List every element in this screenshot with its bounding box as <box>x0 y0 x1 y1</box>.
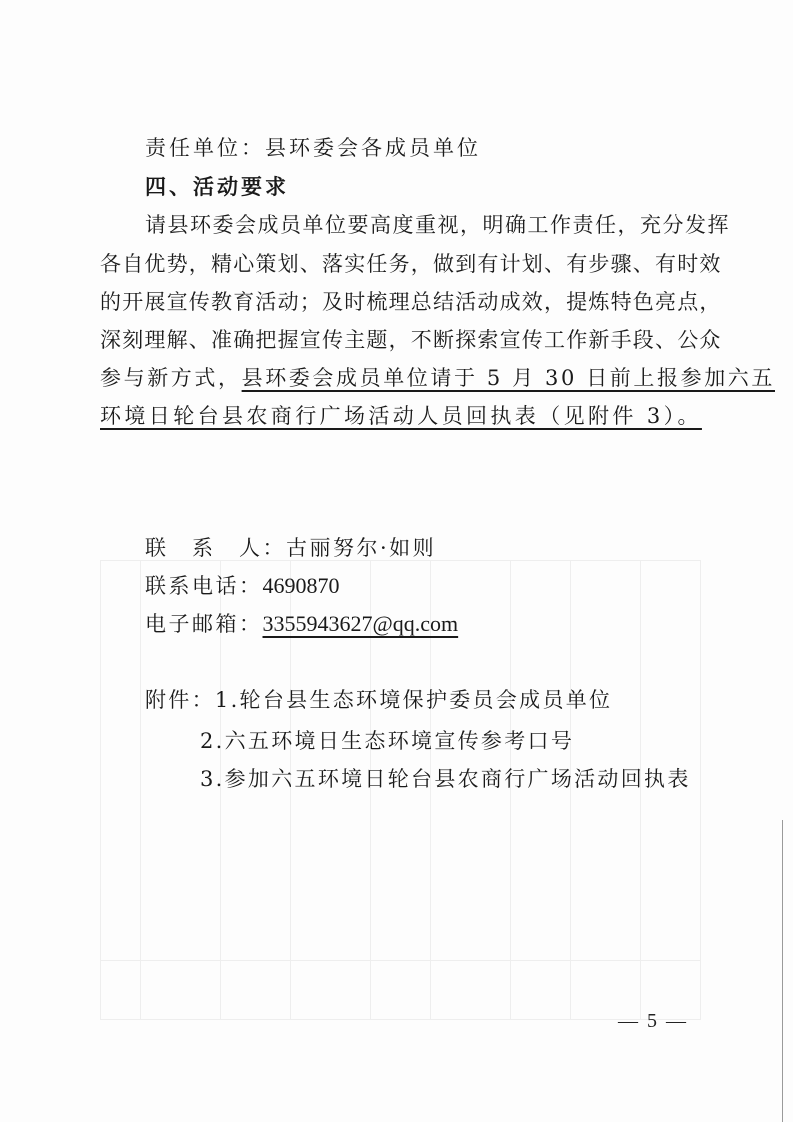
contact-email-label: 电子邮箱： <box>145 612 263 636</box>
deadline-notice-underlined-continued: 环境日轮台县农商行广场活动人员回执表（见附件 3）。 <box>100 404 702 428</box>
contact-person-value: 古丽努尔·如则 <box>286 536 436 560</box>
responsible-label: 责任单位： <box>145 136 265 160</box>
paragraph-line-4: 深刻理解、准确把握宣传主题，不断探索宣传工作新手段、公众 <box>100 328 690 352</box>
page-number: — 5 — <box>618 1010 688 1033</box>
responsible-value: 县环委会各成员单位 <box>265 136 481 160</box>
attachments-label: 附件： <box>145 688 215 712</box>
contact-person-label: 联 系 人： <box>145 536 286 560</box>
section-heading: 四、活动要求 <box>145 175 289 199</box>
attachment-item-3: 3.参加六五环境日轮台县农商行广场活动回执表 <box>200 767 691 791</box>
paragraph-line-5: 参与新方式，县环委会成员单位请于 5 月 30 日前上报参加六五 <box>100 366 775 390</box>
contact-phone-value: 4690870 <box>263 573 340 598</box>
paragraph-line-5-plain: 参与新方式， <box>100 366 242 390</box>
contact-phone-label: 联系电话： <box>145 574 263 598</box>
attachment-item-1-line: 附件：1.轮台县生态环境保护委员会成员单位 <box>145 688 612 712</box>
scan-edge-line <box>782 820 783 1122</box>
paragraph-line-3: 的开展宣传教育活动；及时梳理总结活动成效，提炼特色亮点， <box>100 290 690 314</box>
contact-email-line: 电子邮箱：3355943627@qq.com <box>145 612 458 636</box>
responsible-units-line: 责任单位：县环委会各成员单位 <box>145 136 481 160</box>
contact-person-line: 联 系 人：古丽努尔·如则 <box>145 536 436 560</box>
contact-email-link[interactable]: 3355943627@qq.com <box>263 611 459 636</box>
attachment-item-2: 2.六五环境日生态环境宣传参考口号 <box>200 729 574 753</box>
attachment-item-1: 1.轮台县生态环境保护委员会成员单位 <box>215 688 612 712</box>
paragraph-line-2: 各自优势，精心策划、落实任务，做到有计划、有步骤、有时效 <box>100 252 690 276</box>
deadline-notice-underlined: 县环委会成员单位请于 5 月 30 日前上报参加六五 <box>242 366 775 390</box>
contact-phone-line: 联系电话：4690870 <box>145 574 340 598</box>
document-page: 责任单位：县环委会各成员单位 四、活动要求 请县环委会成员单位要高度重视，明确工… <box>0 0 793 1122</box>
paragraph-line-1: 请县环委会成员单位要高度重视，明确工作责任，充分发挥 <box>145 213 690 237</box>
